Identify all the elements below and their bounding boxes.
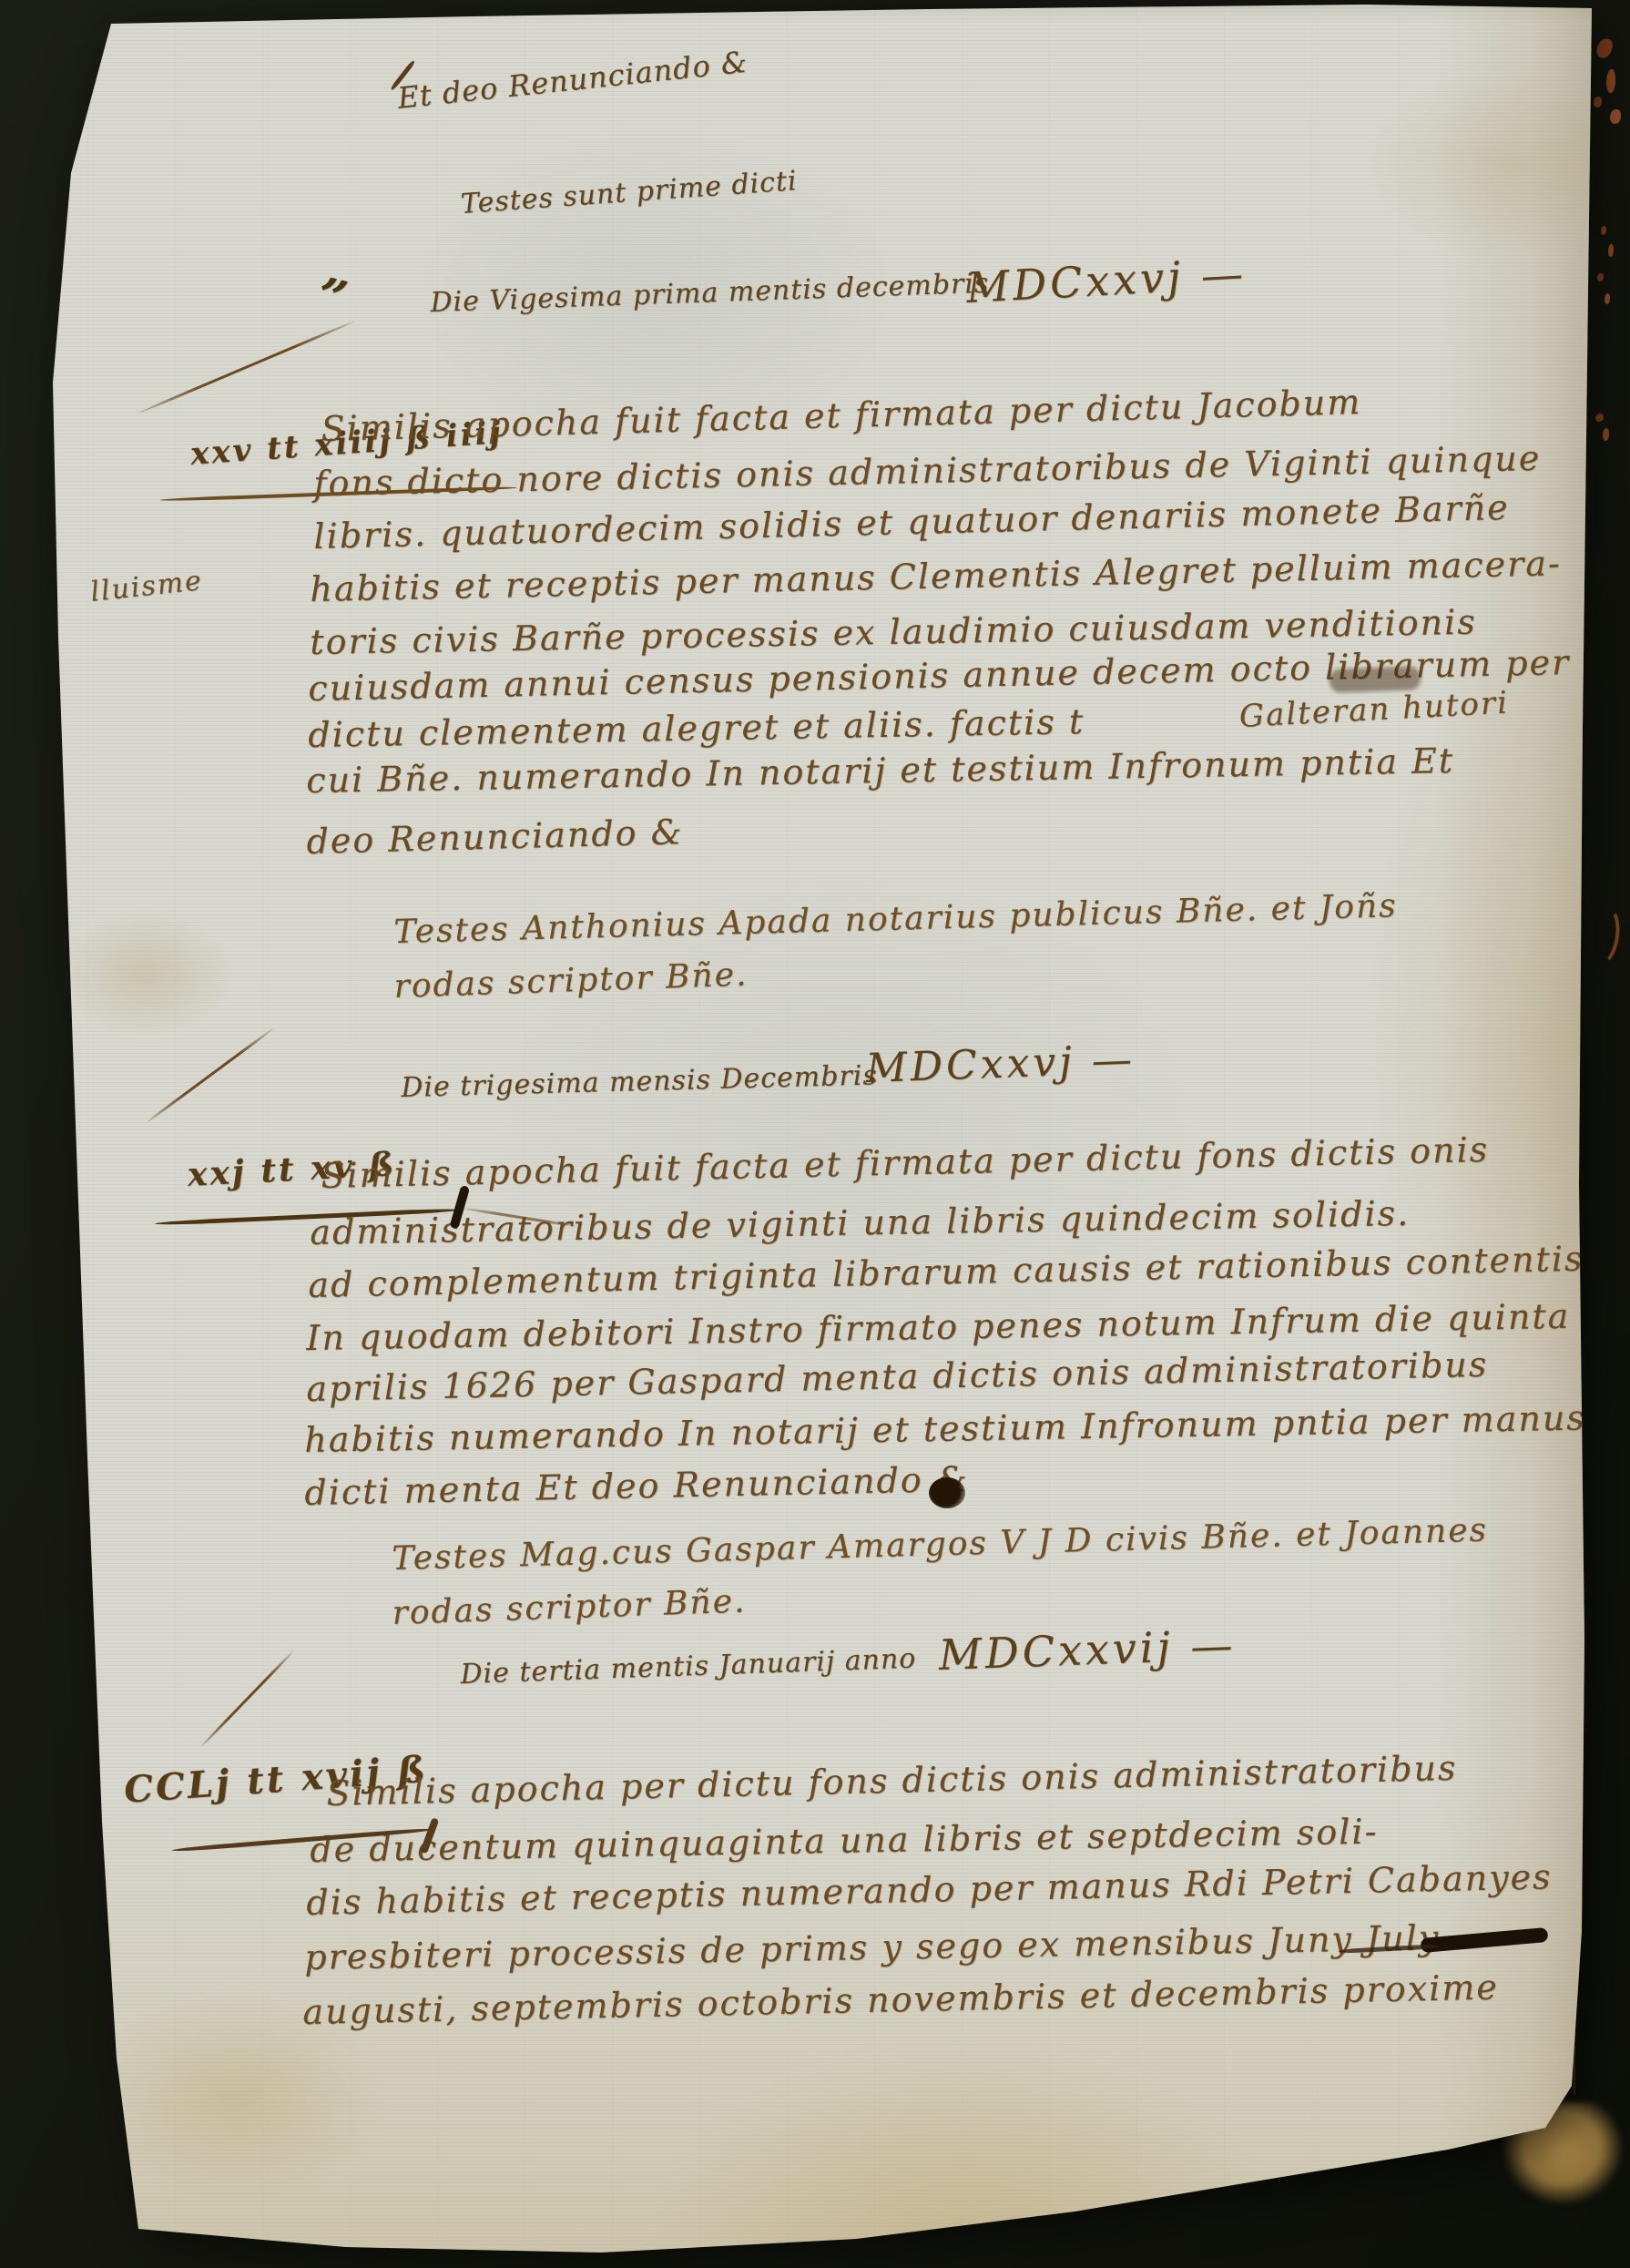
manuscript-line-witness: rodas scriptor Bñe. — [392, 1585, 747, 1630]
manuscript-line-insert: Galteran hutori — [1238, 687, 1510, 731]
page-wrap: Et deo Renunciando &Testes sunt prime di… — [0, 0, 1630, 2268]
manuscript-line-para: de ducentum quinquaginta una libris et s… — [310, 1814, 1379, 1867]
manuscript-line-witness: Testes Mag.cus Gaspar Amargos V J D civi… — [392, 1514, 1488, 1576]
manuscript-line-year: MDCxxvj — — [865, 1040, 1136, 1089]
manuscript-line-para: dicti menta Et deo Renunciando & — [304, 1462, 969, 1510]
manuscript-line-margin-word: lluisme — [89, 567, 204, 607]
manuscript-line-year: MDCxxvj — — [965, 252, 1248, 309]
manuscript-line-para: dictu clementem alegret et aliis. factis… — [308, 704, 1085, 752]
manuscript-line-para: dis habitis et receptis numerando per ma… — [306, 1859, 1553, 1920]
manuscript-line-date: Die Vigesima prima mentis decembris — [430, 271, 990, 317]
manuscript-line-para: Similis apocha fuit facta et firmata per… — [321, 1132, 1490, 1193]
manuscript-line-para: aprilis 1626 per Gaspard menta dictis on… — [306, 1347, 1489, 1406]
manuscript-photo: Et deo Renunciando &Testes sunt prime di… — [0, 0, 1630, 2268]
manuscript-line-para: Similis apocha per dictu fons dictis oni… — [326, 1751, 1458, 1811]
manuscript-line-para: deo Renunciando & — [306, 814, 684, 859]
manuscript-page: Et deo Renunciando &Testes sunt prime di… — [0, 0, 1630, 2268]
paraph-stroke — [147, 1027, 274, 1123]
manuscript-line-witness: rodas scriptor Bñe. — [393, 958, 749, 1004]
manuscript-line-date: Die trigesima mensis Decembris — [401, 1062, 878, 1102]
manuscript-line-para: presbiteri processis de prims y sego ex … — [304, 1920, 1441, 1975]
paraph-stroke — [200, 1650, 295, 1747]
manuscript-line-para: augusti, septembris octobris novembris e… — [302, 1969, 1499, 2029]
manuscript-line-para: Similis apocha fuit facta et firmata per… — [321, 384, 1362, 446]
manuscript-line-date: Die tertia mentis Januarij anno — [460, 1646, 917, 1689]
manuscript-line-heading: Testes sunt prime dicti — [460, 168, 799, 219]
manuscript-line-heading: Et deo Renunciando & — [396, 47, 749, 113]
manuscript-line-para: habitis et receptis per manus Clementis … — [310, 546, 1562, 607]
ink-blot — [929, 1477, 965, 1508]
manuscript-line-witness: Testes Anthonius Apada notarius publicus… — [393, 890, 1398, 949]
manuscript-line-para: ad complementum triginta librarum causis… — [308, 1241, 1584, 1303]
manuscript-line-mark: ” — [312, 270, 353, 324]
heavy-ink-patch — [1329, 666, 1421, 692]
paraph-stroke — [138, 320, 355, 414]
manuscript-line-year: MDCxxvij — — [938, 1624, 1237, 1676]
manuscript-line-para: administratoribus de viginti una libris … — [310, 1196, 1410, 1250]
manuscript-line-para: habitis numerando In notarij et testium … — [304, 1400, 1586, 1457]
